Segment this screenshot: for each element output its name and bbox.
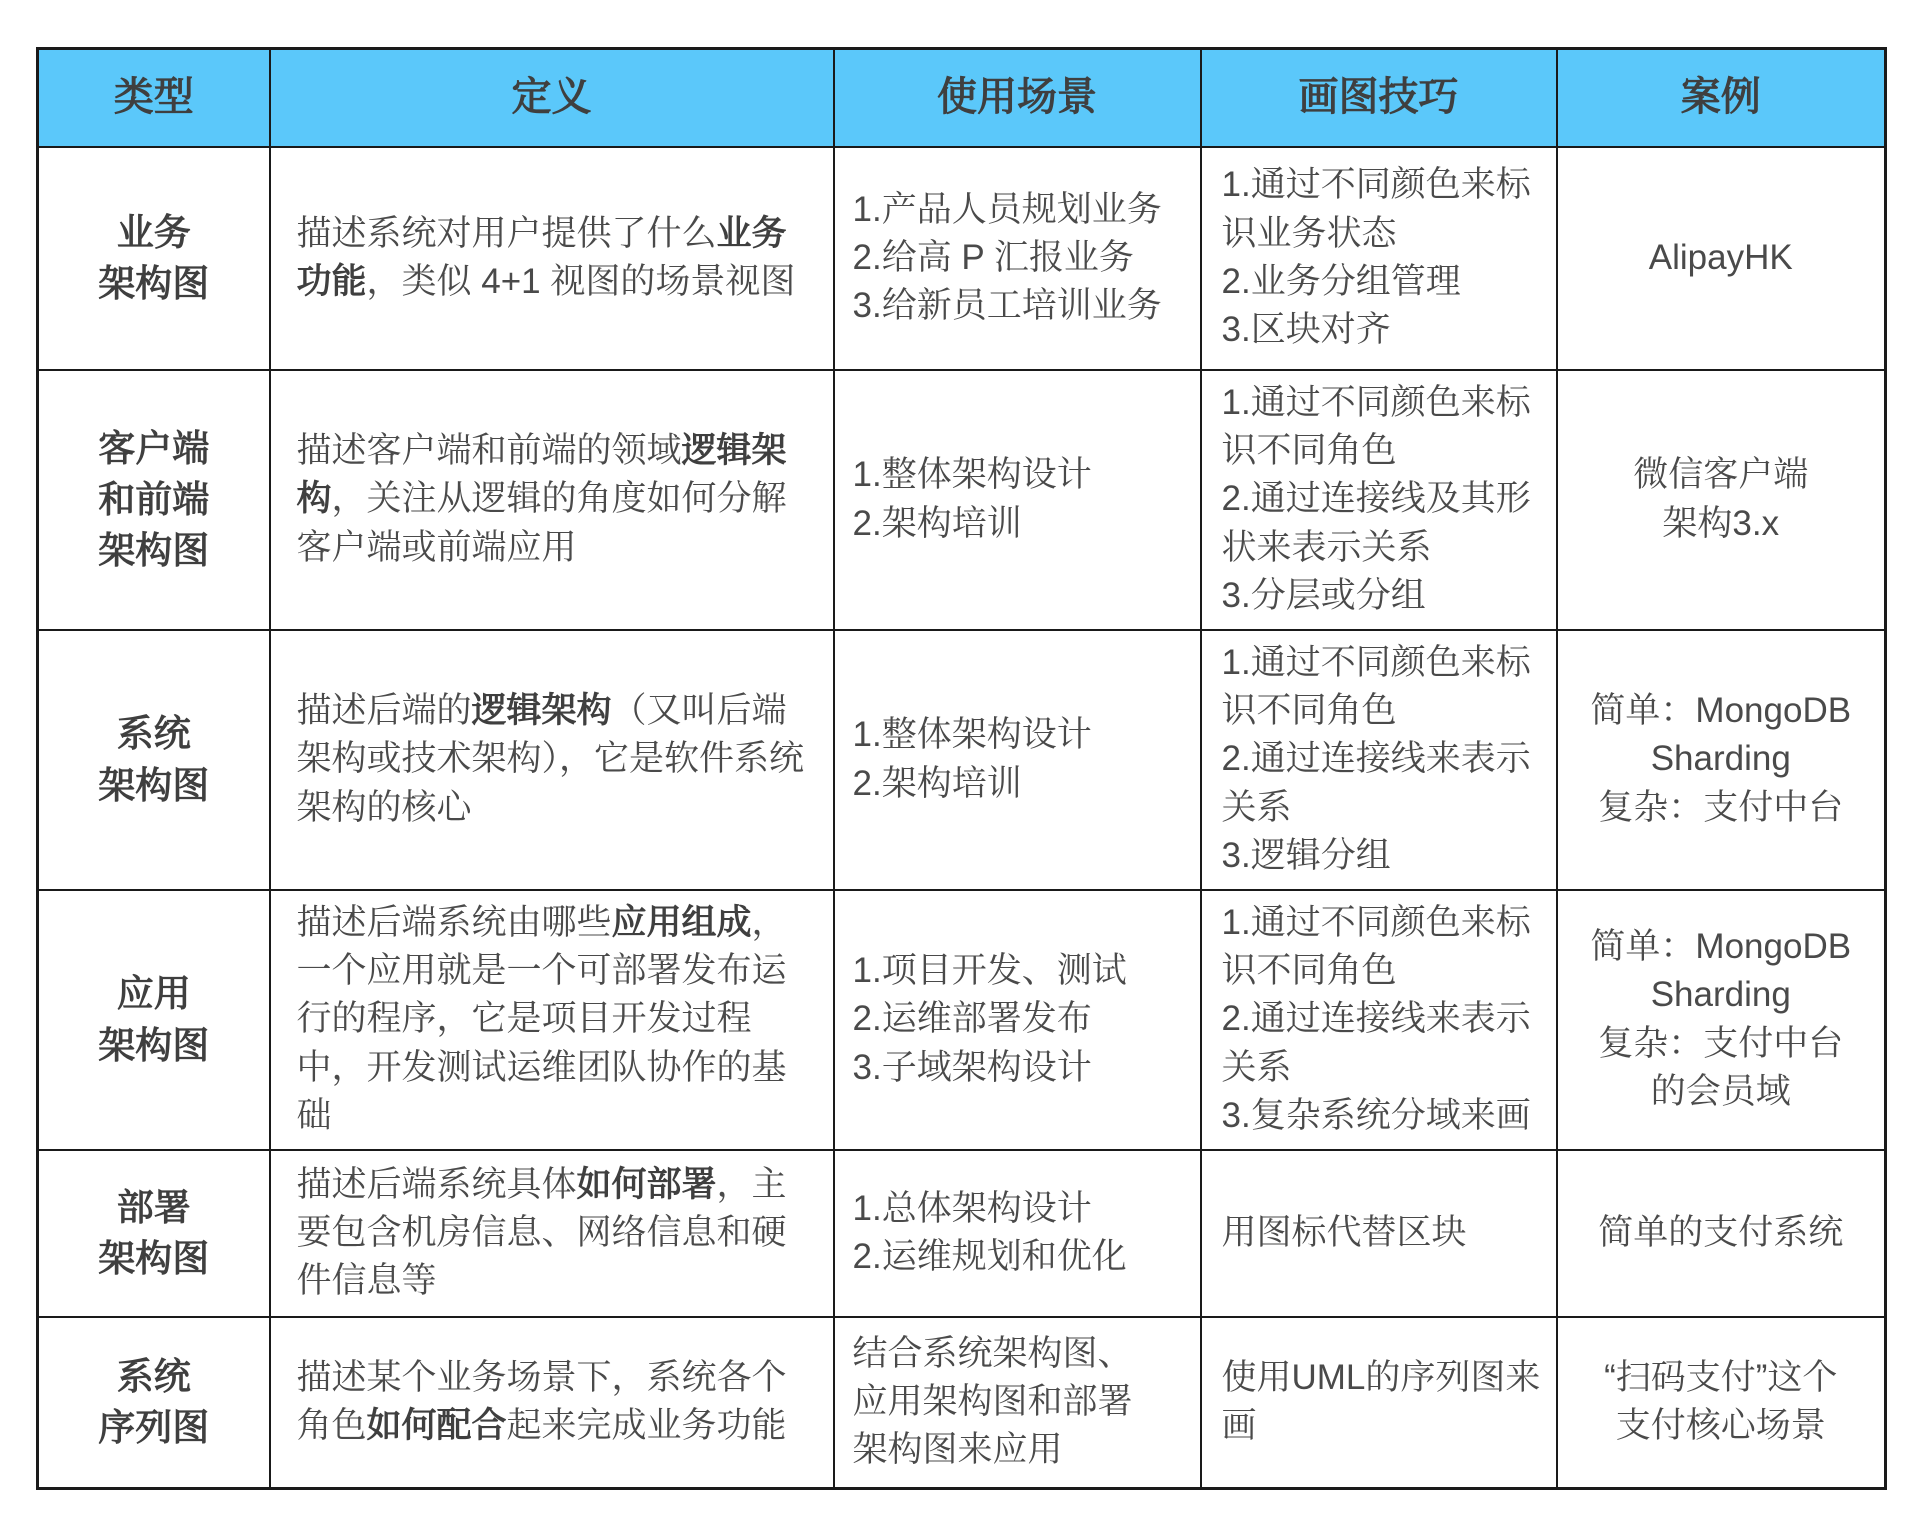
table-row-business: 业务 架构图 描述系统对用户提供了什么业务功能，类似 4+1 视图的场景视图 1… bbox=[38, 147, 1886, 370]
table-row-client-frontend: 客户端 和前端 架构图 描述客户端和前端的领域逻辑架构，关注从逻辑的角度如何分解… bbox=[38, 370, 1886, 630]
definition-cell: 描述后端的逻辑架构（又叫后端架构或技术架构），它是软件系统架构的核心 bbox=[270, 630, 834, 890]
case-cell: 微信客户端 架构3.x bbox=[1557, 370, 1886, 630]
table-row-sequence: 系统 序列图 描述某个业务场景下，系统各个角色如何配合起来完成业务功能 结合系统… bbox=[38, 1317, 1886, 1489]
scenarios-cell: 1.整体架构设计 2.架构培训 bbox=[834, 370, 1201, 630]
column-header-scenario: 使用场景 bbox=[834, 49, 1201, 147]
tips-cell: 使用UML的序列图来画 bbox=[1201, 1317, 1557, 1489]
scenarios-cell: 1.整体架构设计 2.架构培训 bbox=[834, 630, 1201, 890]
case-cell: AlipayHK bbox=[1557, 147, 1886, 370]
type-cell: 应用 架构图 bbox=[38, 890, 270, 1150]
header-row: 类型 定义 使用场景 画图技巧 案例 bbox=[38, 49, 1886, 147]
table-container: 类型 定义 使用场景 画图技巧 案例 业务 架构图 描述系统对用户提供了什么业务… bbox=[36, 47, 1887, 1490]
column-header-definition: 定义 bbox=[270, 49, 834, 147]
tips-cell: 1.通过不同颜色来标识不同角色 2.通过连接线来表示关系 3.逻辑分组 bbox=[1201, 630, 1557, 890]
table-row-system: 系统 架构图 描述后端的逻辑架构（又叫后端架构或技术架构），它是软件系统架构的核… bbox=[38, 630, 1886, 890]
column-header-case: 案例 bbox=[1557, 49, 1886, 147]
tips-cell: 1.通过不同颜色来标识不同角色 2.通过连接线来表示关系 3.复杂系统分域来画 bbox=[1201, 890, 1557, 1150]
definition-cell: 描述某个业务场景下，系统各个角色如何配合起来完成业务功能 bbox=[270, 1317, 834, 1489]
type-cell: 部署 架构图 bbox=[38, 1150, 270, 1317]
table-body: 业务 架构图 描述系统对用户提供了什么业务功能，类似 4+1 视图的场景视图 1… bbox=[38, 147, 1886, 1489]
type-cell: 系统 序列图 bbox=[38, 1317, 270, 1489]
scenarios-cell: 1.产品人员规划业务 2.给高 P 汇报业务 3.给新员工培训业务 bbox=[834, 147, 1201, 370]
scenarios-cell: 结合系统架构图、 应用架构图和部署 架构图来应用 bbox=[834, 1317, 1201, 1489]
tips-cell: 用图标代替区块 bbox=[1201, 1150, 1557, 1317]
table-header: 类型 定义 使用场景 画图技巧 案例 bbox=[38, 49, 1886, 147]
case-cell: 简单的支付系统 bbox=[1557, 1150, 1886, 1317]
type-cell: 客户端 和前端 架构图 bbox=[38, 370, 270, 630]
type-cell: 业务 架构图 bbox=[38, 147, 270, 370]
definition-cell: 描述后端系统由哪些应用组成，一个应用就是一个可部署发布运行的程序，它是项目开发过… bbox=[270, 890, 834, 1150]
scenarios-cell: 1.项目开发、测试 2.运维部署发布 3.子域架构设计 bbox=[834, 890, 1201, 1150]
definition-cell: 描述系统对用户提供了什么业务功能，类似 4+1 视图的场景视图 bbox=[270, 147, 834, 370]
case-cell: 简单：MongoDB Sharding 复杂：支付中台 bbox=[1557, 630, 1886, 890]
architecture-diagram-table: 类型 定义 使用场景 画图技巧 案例 业务 架构图 描述系统对用户提供了什么业务… bbox=[36, 47, 1887, 1490]
case-cell: 简单：MongoDB Sharding 复杂：支付中台 的会员域 bbox=[1557, 890, 1886, 1150]
table-row-deployment: 部署 架构图 描述后端系统具体如何部署，主要包含机房信息、网络信息和硬件信息等 … bbox=[38, 1150, 1886, 1317]
column-header-type: 类型 bbox=[38, 49, 270, 147]
tips-cell: 1.通过不同颜色来标识业务状态 2.业务分组管理 3.区块对齐 bbox=[1201, 147, 1557, 370]
tips-cell: 1.通过不同颜色来标识不同角色 2.通过连接线及其形状来表示关系 3.分层或分组 bbox=[1201, 370, 1557, 630]
definition-cell: 描述客户端和前端的领域逻辑架构，关注从逻辑的角度如何分解客户端或前端应用 bbox=[270, 370, 834, 630]
column-header-technique: 画图技巧 bbox=[1201, 49, 1557, 147]
definition-cell: 描述后端系统具体如何部署，主要包含机房信息、网络信息和硬件信息等 bbox=[270, 1150, 834, 1317]
scenarios-cell: 1.总体架构设计 2.运维规划和优化 bbox=[834, 1150, 1201, 1317]
case-cell: “扫码支付”这个 支付核心场景 bbox=[1557, 1317, 1886, 1489]
table-row-application: 应用 架构图 描述后端系统由哪些应用组成，一个应用就是一个可部署发布运行的程序，… bbox=[38, 890, 1886, 1150]
type-cell: 系统 架构图 bbox=[38, 630, 270, 890]
